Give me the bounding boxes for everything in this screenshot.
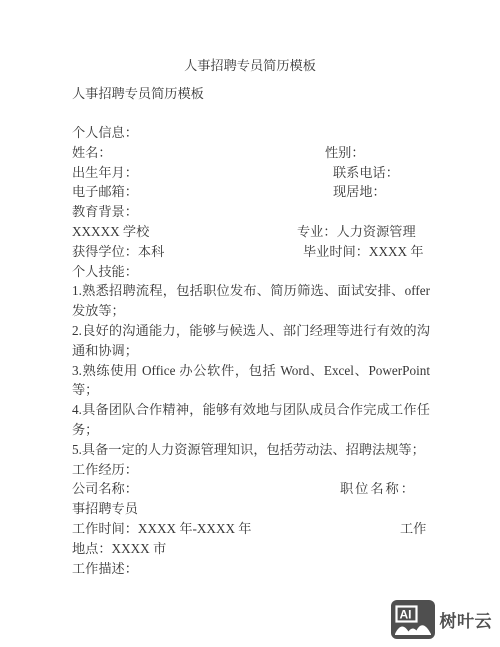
- work-time-value: 工作时间：XXXX 年-XXXX 年: [72, 521, 252, 536]
- skill-item-3-line-2: 等；: [72, 380, 430, 400]
- document-title: 人事招聘专员简历模板: [0, 56, 500, 76]
- major-value: 专业：人力资源管理: [297, 222, 416, 242]
- email-label: 电子邮箱：: [72, 184, 138, 199]
- section-label-work-experience: 工作经历：: [72, 460, 430, 480]
- ai-badge-text: AI: [399, 608, 411, 622]
- document-body: 个人信息： 姓名： 性别： 出生年月： 联系电话： 电子邮箱： 现居地： 教育背…: [72, 123, 430, 578]
- section-label-skills: 个人技能：: [72, 262, 430, 282]
- skill-item-1-line-2: 发放等；: [72, 301, 430, 321]
- gender-label: 性别：: [325, 143, 365, 163]
- position-label-part1: 职位名称：人: [340, 479, 430, 499]
- school-value: XXXXX 学校: [72, 224, 149, 239]
- row-company-position: 公司名称： 职位名称：人: [72, 479, 430, 499]
- birth-date-label: 出生年月：: [72, 165, 138, 180]
- ai-image-icon: AI: [391, 600, 435, 639]
- row-worktime-location: 工作时间：XXXX 年-XXXX 年 工作: [72, 519, 430, 539]
- watermark: AI 树叶云: [391, 600, 493, 639]
- degree-value: 获得学位：本科: [72, 244, 164, 259]
- document-heading: 人事招聘专员简历模板: [72, 84, 204, 104]
- skill-item-2-line-2: 通和协调；: [72, 341, 430, 361]
- section-label-education: 教育背景：: [72, 202, 430, 222]
- row-school-major: XXXXX 学校 专业：人力资源管理: [72, 222, 430, 242]
- position-label-part2: 事招聘专员: [72, 499, 430, 519]
- skill-item-1-line-1: 1.熟悉招聘流程，包括职位发布、简历筛选、面试安排、offer: [72, 281, 430, 301]
- brand-name: 树叶云: [440, 607, 493, 632]
- skill-item-2-line-1: 2.良好的沟通能力，能够与候选人、部门经理等进行有效的沟: [72, 321, 430, 341]
- residence-label: 现居地：: [333, 182, 386, 202]
- row-degree-graduation: 获得学位：本科 毕业时间：XXXX 年: [72, 242, 430, 262]
- row-name-gender: 姓名： 性别：: [72, 143, 430, 163]
- section-label-work-description: 工作描述：: [72, 559, 430, 579]
- location-label-part1: 工作: [400, 519, 426, 539]
- phone-label: 联系电话：: [333, 163, 399, 183]
- graduation-value: 毕业时间：XXXX 年: [303, 242, 424, 262]
- row-birth-phone: 出生年月： 联系电话：: [72, 163, 430, 183]
- skill-item-4-line-2: 务；: [72, 420, 430, 440]
- company-label: 公司名称：: [72, 481, 138, 496]
- row-email-residence: 电子邮箱： 现居地：: [72, 182, 430, 202]
- location-label-part2: 地点：XXXX 市: [72, 539, 430, 559]
- name-label: 姓名：: [72, 145, 112, 160]
- skill-item-3-line-1: 3.熟练使用 Office 办公软件，包括 Word、Excel、PowerPo…: [72, 361, 430, 381]
- skill-item-5: 5.具备一定的人力资源管理知识，包括劳动法、招聘法规等；: [72, 440, 430, 460]
- skill-item-4-line-1: 4.具备团队合作精神，能够有效地与团队成员合作完成工作任: [72, 400, 430, 420]
- section-label-personal-info: 个人信息：: [72, 123, 430, 143]
